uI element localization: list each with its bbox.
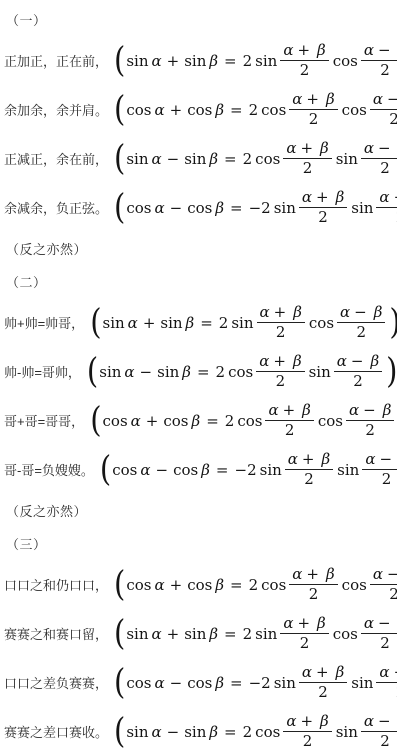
lhs-function-2: sin	[160, 314, 182, 332]
alpha-symbol: α	[260, 303, 270, 321]
coefficient: −2	[249, 674, 271, 692]
lhs-function-1: cos	[126, 576, 151, 594]
alpha-symbol: α	[364, 139, 374, 157]
alpha-symbol: α	[373, 90, 383, 108]
formula-row: 哥-哥=负嫂嫂。 ( cos α − cos β = −2 sin α+β 2 …	[4, 445, 394, 494]
fraction-difference-denominator: 2	[337, 322, 385, 342]
lhs-operator: +	[167, 52, 180, 70]
formula-list: （一） 正加正，正在前， ( sin α + sin β = 2 sin α+β…	[4, 3, 394, 756]
mnemonic-label: 帅-帅=哥帅，	[4, 362, 81, 381]
math-formula: ( cos α + cos β = 2 cos α+β 2 cos α−β 2	[113, 565, 397, 604]
numerator-operator: −	[394, 188, 397, 206]
math-formula: ( cos α − cos β = −2 sin α+β 2 sin α−β 2	[113, 663, 397, 702]
fraction-difference-numerator: α−β	[361, 712, 397, 731]
numerator-operator: −	[394, 663, 397, 681]
fraction-sum: α+β 2	[283, 139, 331, 178]
math-formula: ( cos α + cos β = 2 cos α+β 2 cos α−β 2	[113, 90, 397, 129]
right-paren: )	[389, 305, 397, 339]
alpha-symbol: α	[259, 352, 269, 370]
equals-sign: =	[200, 314, 213, 332]
beta-symbol: β	[209, 150, 218, 168]
fraction-difference: α−β 2	[362, 450, 397, 489]
numerator-operator: −	[354, 303, 367, 321]
alpha-symbol: α	[364, 712, 374, 730]
left-paren: (	[90, 305, 101, 339]
beta-symbol: β	[209, 625, 218, 643]
numerator-operator: +	[297, 41, 310, 59]
alpha-symbol: α	[152, 625, 162, 643]
math-formula: ( sin α − sin β = 2 cos α+β 2 sin α−β 2	[86, 352, 397, 391]
lhs-function-2: sin	[184, 723, 206, 741]
fraction-sum-denominator: 2	[256, 371, 304, 391]
alpha-symbol: α	[154, 101, 164, 119]
fraction-difference-numerator: α−β	[370, 90, 397, 109]
fraction-difference: α−β 2	[337, 303, 385, 342]
coefficient: 2	[243, 150, 253, 168]
lhs-operator: −	[140, 363, 153, 381]
lhs-function-2: cos	[187, 576, 212, 594]
fraction-sum-numerator: α+β	[285, 450, 333, 469]
fraction-difference-numerator: α−β	[346, 401, 394, 420]
numerator-operator: +	[300, 139, 313, 157]
fraction-sum-numerator: α+β	[299, 663, 347, 682]
left-paren: (	[114, 92, 125, 126]
equals-sign: =	[216, 461, 229, 479]
formula-row: 帅+帅=帅哥， ( sin α + sin β = 2 sin α+β 2 co…	[4, 298, 394, 347]
beta-symbol: β	[209, 52, 218, 70]
lhs-operator: +	[143, 314, 156, 332]
lhs-function-1: sin	[99, 363, 121, 381]
fraction-difference-numerator: α−β	[361, 41, 397, 60]
beta-symbol: β	[370, 352, 379, 370]
fraction-sum-numerator: α+β	[280, 614, 328, 633]
coefficient: 2	[219, 314, 229, 332]
numerator-operator: +	[297, 614, 310, 632]
mnemonic-label: 口口之差负赛赛，	[4, 673, 108, 692]
fraction-sum-denominator: 2	[265, 420, 313, 440]
numerator-operator: +	[316, 188, 329, 206]
lhs-operator: +	[170, 101, 183, 119]
alpha-symbol: α	[286, 139, 296, 157]
lhs-function-2: sin	[184, 625, 206, 643]
equals-sign: =	[230, 576, 243, 594]
beta-symbol: β	[215, 199, 224, 217]
fraction-sum-denominator: 2	[289, 584, 337, 604]
rhs-function-2: sin	[336, 150, 358, 168]
alpha-symbol: α	[379, 188, 389, 206]
fraction-difference-denominator: 2	[361, 731, 397, 751]
mnemonic-label: 哥-哥=负嫂嫂。	[4, 460, 94, 479]
fraction-sum: α+β 2	[285, 450, 333, 489]
fraction-sum: α+β 2	[289, 565, 337, 604]
fraction-difference-denominator: 2	[361, 633, 397, 653]
beta-symbol: β	[215, 674, 224, 692]
rhs-function-2: cos	[309, 314, 334, 332]
alpha-symbol: α	[365, 450, 375, 468]
fraction-sum-denominator: 2	[299, 682, 347, 702]
lhs-function-2: cos	[187, 674, 212, 692]
math-formula: ( sin α − sin β = 2 cos α+β 2 sin α−β 2	[113, 139, 397, 178]
lhs-function-1: cos	[126, 674, 151, 692]
formula-row: 余加余，余并肩。 ( cos α + cos β = 2 cos α+β 2 c…	[4, 85, 394, 134]
rhs-function-1: sin	[231, 314, 253, 332]
numerator-operator: +	[302, 450, 315, 468]
fraction-sum-numerator: α+β	[289, 90, 337, 109]
alpha-symbol: α	[152, 52, 162, 70]
fraction-sum: α+β 2	[299, 663, 347, 702]
coefficient: 2	[249, 576, 259, 594]
left-paren: (	[114, 714, 125, 748]
equals-sign: =	[224, 150, 237, 168]
left-paren: (	[87, 354, 98, 388]
fraction-difference: α−β 2	[376, 663, 397, 702]
section-footer: （反之亦然）	[4, 494, 394, 527]
rhs-function-1: sin	[260, 461, 282, 479]
alpha-symbol: α	[302, 188, 312, 206]
beta-symbol: β	[186, 314, 195, 332]
lhs-function-1: sin	[103, 314, 125, 332]
mnemonic-label: 赛赛之和赛口留，	[4, 624, 108, 643]
fraction-difference-numerator: α−β	[337, 303, 385, 322]
beta-symbol: β	[320, 712, 329, 730]
lhs-function-1: cos	[126, 199, 151, 217]
coefficient: 2	[225, 412, 235, 430]
lhs-function-2: sin	[184, 150, 206, 168]
numerator-operator: +	[300, 712, 313, 730]
math-formula: ( cos α + cos β = 2 cos α+β 2 cos α−β 2	[89, 401, 397, 440]
rhs-function-1: cos	[255, 150, 280, 168]
beta-symbol: β	[192, 412, 201, 430]
alpha-symbol: α	[124, 363, 134, 381]
fraction-sum-numerator: α+β	[256, 352, 304, 371]
fraction-difference: α−β 2	[334, 352, 382, 391]
alpha-symbol: α	[128, 314, 138, 332]
lhs-operator: −	[170, 674, 183, 692]
beta-symbol: β	[302, 401, 311, 419]
beta-symbol: β	[326, 565, 335, 583]
coefficient: 2	[243, 625, 253, 643]
rhs-function-1: cos	[261, 101, 286, 119]
fraction-difference-denominator: 2	[376, 682, 397, 702]
formula-row: 余减余，负正弦。 ( cos α − cos β = −2 sin α+β 2 …	[4, 183, 394, 232]
mnemonic-label: 正减正，余在前，	[4, 149, 108, 168]
alpha-symbol: α	[140, 461, 150, 479]
lhs-function-1: cos	[103, 412, 128, 430]
section-footer: （反之亦然）	[4, 232, 394, 265]
beta-symbol: β	[336, 663, 345, 681]
fraction-difference-denominator: 2	[376, 207, 397, 227]
equals-sign: =	[230, 674, 243, 692]
alpha-symbol: α	[286, 712, 296, 730]
mnemonic-label: 哥+哥=哥哥，	[4, 411, 84, 430]
numerator-operator: −	[378, 139, 391, 157]
fraction-difference: α−β 2	[361, 614, 397, 653]
lhs-operator: −	[170, 199, 183, 217]
coefficient: −2	[249, 199, 271, 217]
beta-symbol: β	[317, 41, 326, 59]
fraction-sum-denominator: 2	[280, 633, 328, 653]
rhs-function-2: cos	[333, 52, 358, 70]
lhs-function-2: cos	[173, 461, 198, 479]
math-formula: ( sin α + sin β = 2 sin α+β 2 cos α−β 2	[89, 303, 397, 342]
section-heading: （一）	[4, 3, 394, 36]
numerator-operator: +	[316, 663, 329, 681]
numerator-operator: −	[378, 712, 391, 730]
left-paren: (	[114, 616, 125, 650]
beta-symbol: β	[326, 90, 335, 108]
numerator-operator: +	[274, 303, 287, 321]
equals-sign: =	[224, 723, 237, 741]
numerator-operator: +	[273, 352, 286, 370]
fraction-sum-denominator: 2	[299, 207, 347, 227]
mnemonic-label: 余减余，负正弦。	[4, 198, 108, 217]
alpha-symbol: α	[340, 303, 350, 321]
rhs-function-2: sin	[337, 461, 359, 479]
numerator-operator: −	[351, 352, 364, 370]
rhs-function-1: sin	[255, 625, 277, 643]
rhs-function-2: cos	[342, 576, 367, 594]
numerator-operator: −	[363, 401, 376, 419]
fraction-sum: α+β 2	[280, 41, 328, 80]
formula-row: 赛赛之和赛口留， ( sin α + sin β = 2 sin α+β 2 c…	[4, 609, 394, 658]
beta-symbol: β	[383, 401, 392, 419]
fraction-difference-denominator: 2	[346, 420, 394, 440]
rhs-function-2: cos	[342, 101, 367, 119]
alpha-symbol: α	[292, 565, 302, 583]
lhs-operator: −	[167, 723, 180, 741]
numerator-operator: −	[379, 450, 392, 468]
fraction-sum: α+β 2	[289, 90, 337, 129]
left-paren: (	[90, 403, 101, 437]
alpha-symbol: α	[292, 90, 302, 108]
fraction-difference-numerator: α−β	[370, 565, 397, 584]
beta-symbol: β	[293, 303, 302, 321]
equals-sign: =	[206, 412, 219, 430]
math-formula: ( sin α + sin β = 2 sin α+β 2 cos α−β 2	[113, 41, 397, 80]
fraction-sum: α+β 2	[280, 614, 328, 653]
lhs-operator: +	[170, 576, 183, 594]
beta-symbol: β	[215, 576, 224, 594]
beta-symbol: β	[322, 450, 331, 468]
equals-sign: =	[224, 625, 237, 643]
fraction-sum-denominator: 2	[257, 322, 305, 342]
rhs-function-1: cos	[261, 576, 286, 594]
fraction-difference: α−β 2	[346, 401, 394, 440]
fraction-difference: α−β 2	[361, 41, 397, 80]
rhs-function-2: sin	[351, 674, 373, 692]
rhs-function-1: cos	[255, 723, 280, 741]
fraction-sum: α+β 2	[265, 401, 313, 440]
formula-row: 口口之和仍口口， ( cos α + cos β = 2 cos α+β 2 c…	[4, 560, 394, 609]
lhs-function-1: sin	[126, 52, 148, 70]
alpha-symbol: α	[302, 663, 312, 681]
left-paren: (	[100, 452, 111, 486]
beta-symbol: β	[317, 614, 326, 632]
alpha-symbol: α	[373, 565, 383, 583]
rhs-function-1: sin	[274, 674, 296, 692]
fraction-sum-numerator: α+β	[283, 139, 331, 158]
alpha-symbol: α	[379, 663, 389, 681]
math-formula: ( sin α − sin β = 2 cos α+β 2 sin α−β 2	[113, 712, 397, 751]
fraction-difference-denominator: 2	[361, 158, 397, 178]
lhs-function-1: sin	[126, 723, 148, 741]
mnemonic-label: 口口之和仍口口，	[4, 575, 108, 594]
rhs-function-2: sin	[309, 363, 331, 381]
fraction-difference: α−β 2	[361, 712, 397, 751]
fraction-difference: α−β 2	[361, 139, 397, 178]
document: （一） 正加正，正在前， ( sin α + sin β = 2 sin α+β…	[0, 0, 397, 756]
alpha-symbol: α	[349, 401, 359, 419]
fraction-difference-denominator: 2	[334, 371, 382, 391]
rhs-function-2: sin	[351, 199, 373, 217]
left-paren: (	[114, 190, 125, 224]
left-paren: (	[114, 567, 125, 601]
fraction-difference-numerator: α−β	[362, 450, 397, 469]
lhs-operator: +	[146, 412, 159, 430]
rhs-function-1: sin	[274, 199, 296, 217]
rhs-function-2: sin	[336, 723, 358, 741]
alpha-symbol: α	[154, 576, 164, 594]
alpha-symbol: α	[154, 674, 164, 692]
equals-sign: =	[197, 363, 210, 381]
alpha-symbol: α	[154, 199, 164, 217]
formula-row: 正加正，正在前， ( sin α + sin β = 2 sin α+β 2 c…	[4, 36, 394, 85]
beta-symbol: β	[215, 101, 224, 119]
alpha-symbol: α	[268, 401, 278, 419]
numerator-operator: −	[378, 614, 391, 632]
math-formula: ( cos α − cos β = −2 sin α+β 2 sin α−β 2	[113, 188, 397, 227]
fraction-sum: α+β 2	[283, 712, 331, 751]
formula-row: 口口之差负赛赛， ( cos α − cos β = −2 sin α+β 2 …	[4, 658, 394, 707]
fraction-difference-numerator: α−β	[334, 352, 382, 371]
coefficient: 2	[249, 101, 259, 119]
alpha-symbol: α	[283, 614, 293, 632]
equals-sign: =	[230, 199, 243, 217]
equals-sign: =	[224, 52, 237, 70]
lhs-function-1: sin	[126, 625, 148, 643]
beta-symbol: β	[374, 303, 383, 321]
coefficient: 2	[216, 363, 226, 381]
mnemonic-label: 余加余，余并肩。	[4, 100, 108, 119]
lhs-function-1: sin	[126, 150, 148, 168]
numerator-operator: −	[387, 90, 397, 108]
fraction-difference: α−β 2	[376, 188, 397, 227]
lhs-operator: −	[167, 150, 180, 168]
rhs-function-1: cos	[237, 412, 262, 430]
left-paren: (	[114, 141, 125, 175]
fraction-sum: α+β 2	[257, 303, 305, 342]
formula-row: 哥+哥=哥哥， ( cos α + cos β = 2 cos α+β 2 co…	[4, 396, 394, 445]
lhs-operator: +	[167, 625, 180, 643]
numerator-operator: +	[283, 401, 296, 419]
fraction-difference-denominator: 2	[370, 109, 397, 129]
alpha-symbol: α	[152, 150, 162, 168]
fraction-sum-denominator: 2	[285, 469, 333, 489]
mnemonic-label: 正加正，正在前，	[4, 51, 108, 70]
formula-row: 帅-帅=哥帅， ( sin α − sin β = 2 cos α+β 2 si…	[4, 347, 394, 396]
formula-row: 赛赛之差口赛收。 ( sin α − sin β = 2 cos α+β 2 s…	[4, 707, 394, 756]
beta-symbol: β	[182, 363, 191, 381]
left-paren: (	[114, 665, 125, 699]
fraction-sum-numerator: α+β	[265, 401, 313, 420]
coefficient: 2	[243, 52, 253, 70]
fraction-sum: α+β 2	[256, 352, 304, 391]
fraction-sum-denominator: 2	[289, 109, 337, 129]
lhs-function-1: cos	[112, 461, 137, 479]
lhs-function-2: sin	[184, 52, 206, 70]
numerator-operator: +	[306, 90, 319, 108]
numerator-operator: −	[378, 41, 391, 59]
fraction-difference: α−β 2	[370, 565, 397, 604]
beta-symbol: β	[336, 188, 345, 206]
fraction-sum-numerator: α+β	[283, 712, 331, 731]
fraction-sum: α+β 2	[299, 188, 347, 227]
rhs-function-2: cos	[318, 412, 343, 430]
fraction-difference-numerator: α−β	[376, 663, 397, 682]
alpha-symbol: α	[364, 614, 374, 632]
alpha-symbol: α	[364, 41, 374, 59]
fraction-sum-numerator: α+β	[299, 188, 347, 207]
alpha-symbol: α	[288, 450, 298, 468]
formula-row: 正减正，余在前， ( sin α − sin β = 2 cos α+β 2 s…	[4, 134, 394, 183]
coefficient: 2	[243, 723, 253, 741]
fraction-sum-denominator: 2	[283, 731, 331, 751]
section-heading: （三）	[4, 527, 394, 560]
alpha-symbol: α	[283, 41, 293, 59]
alpha-symbol: α	[337, 352, 347, 370]
fraction-difference-denominator: 2	[362, 469, 397, 489]
fraction-difference-numerator: α−β	[376, 188, 397, 207]
fraction-difference-numerator: α−β	[361, 614, 397, 633]
lhs-function-2: cos	[187, 101, 212, 119]
coefficient: −2	[235, 461, 257, 479]
rhs-function-2: cos	[333, 625, 358, 643]
section-heading: （二）	[4, 265, 394, 298]
fraction-sum-numerator: α+β	[257, 303, 305, 322]
beta-symbol: β	[293, 352, 302, 370]
numerator-operator: +	[306, 565, 319, 583]
numerator-operator: −	[387, 565, 397, 583]
fraction-sum-numerator: α+β	[280, 41, 328, 60]
rhs-function-1: cos	[228, 363, 253, 381]
fraction-sum-denominator: 2	[280, 60, 328, 80]
lhs-function-2: cos	[187, 199, 212, 217]
fraction-sum-denominator: 2	[283, 158, 331, 178]
fraction-difference-denominator: 2	[370, 584, 397, 604]
fraction-difference-denominator: 2	[361, 60, 397, 80]
rhs-function-1: sin	[255, 52, 277, 70]
fraction-difference: α−β 2	[370, 90, 397, 129]
lhs-function-1: cos	[126, 101, 151, 119]
beta-symbol: β	[201, 461, 210, 479]
fraction-difference-numerator: α−β	[361, 139, 397, 158]
lhs-function-2: cos	[163, 412, 188, 430]
beta-symbol: β	[209, 723, 218, 741]
alpha-symbol: α	[131, 412, 141, 430]
mnemonic-label: 赛赛之差口赛收。	[4, 722, 108, 741]
lhs-operator: −	[156, 461, 169, 479]
equals-sign: =	[230, 101, 243, 119]
lhs-function-2: sin	[157, 363, 179, 381]
math-formula: ( cos α − cos β = −2 sin α+β 2 sin α−β 2	[99, 450, 397, 489]
beta-symbol: β	[320, 139, 329, 157]
mnemonic-label: 帅+帅=帅哥，	[4, 313, 84, 332]
right-paren: )	[386, 354, 397, 388]
alpha-symbol: α	[152, 723, 162, 741]
fraction-sum-numerator: α+β	[289, 565, 337, 584]
math-formula: ( sin α + sin β = 2 sin α+β 2 cos α−β 2	[113, 614, 397, 653]
left-paren: (	[114, 43, 125, 77]
